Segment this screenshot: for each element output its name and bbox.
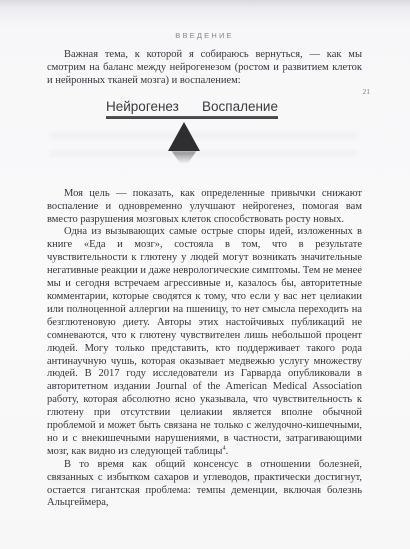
paragraph-gluten-text: Одна из вызывающих самые острые споры ид… [47, 226, 362, 456]
balance-diagram: Нейрогенез Воспаление [106, 99, 278, 164]
paragraph-goal: Моя цель — показать, как определенные пр… [47, 188, 362, 227]
paragraph-intro: Важная тема, к которой я собираюсь верну… [47, 49, 362, 88]
running-header: ВВЕДЕНИЕ [47, 31, 362, 40]
fulcrum-reflection [169, 151, 199, 164]
book-page-photo: ВВЕДЕНИЕ 21 Важная тема, к которой я соб… [0, 0, 410, 549]
paragraph-dementia: В то время как общий консенсус в отношен… [47, 459, 362, 511]
paragraph-gluten: Одна из вызывающих самые острые споры ид… [47, 226, 362, 458]
fulcrum-triangle-icon [168, 122, 200, 151]
page-number: 21 [363, 87, 371, 96]
neurogenesis-label: Нейрогенез [106, 99, 179, 114]
balance-diagram-labels: Нейрогенез Воспаление [106, 99, 278, 114]
paragraph-gluten-period: . [226, 446, 229, 457]
page: ВВЕДЕНИЕ 21 Важная тема, к которой я соб… [0, 0, 410, 549]
inflammation-label: Воспаление [202, 99, 278, 114]
balance-beam [106, 116, 278, 119]
